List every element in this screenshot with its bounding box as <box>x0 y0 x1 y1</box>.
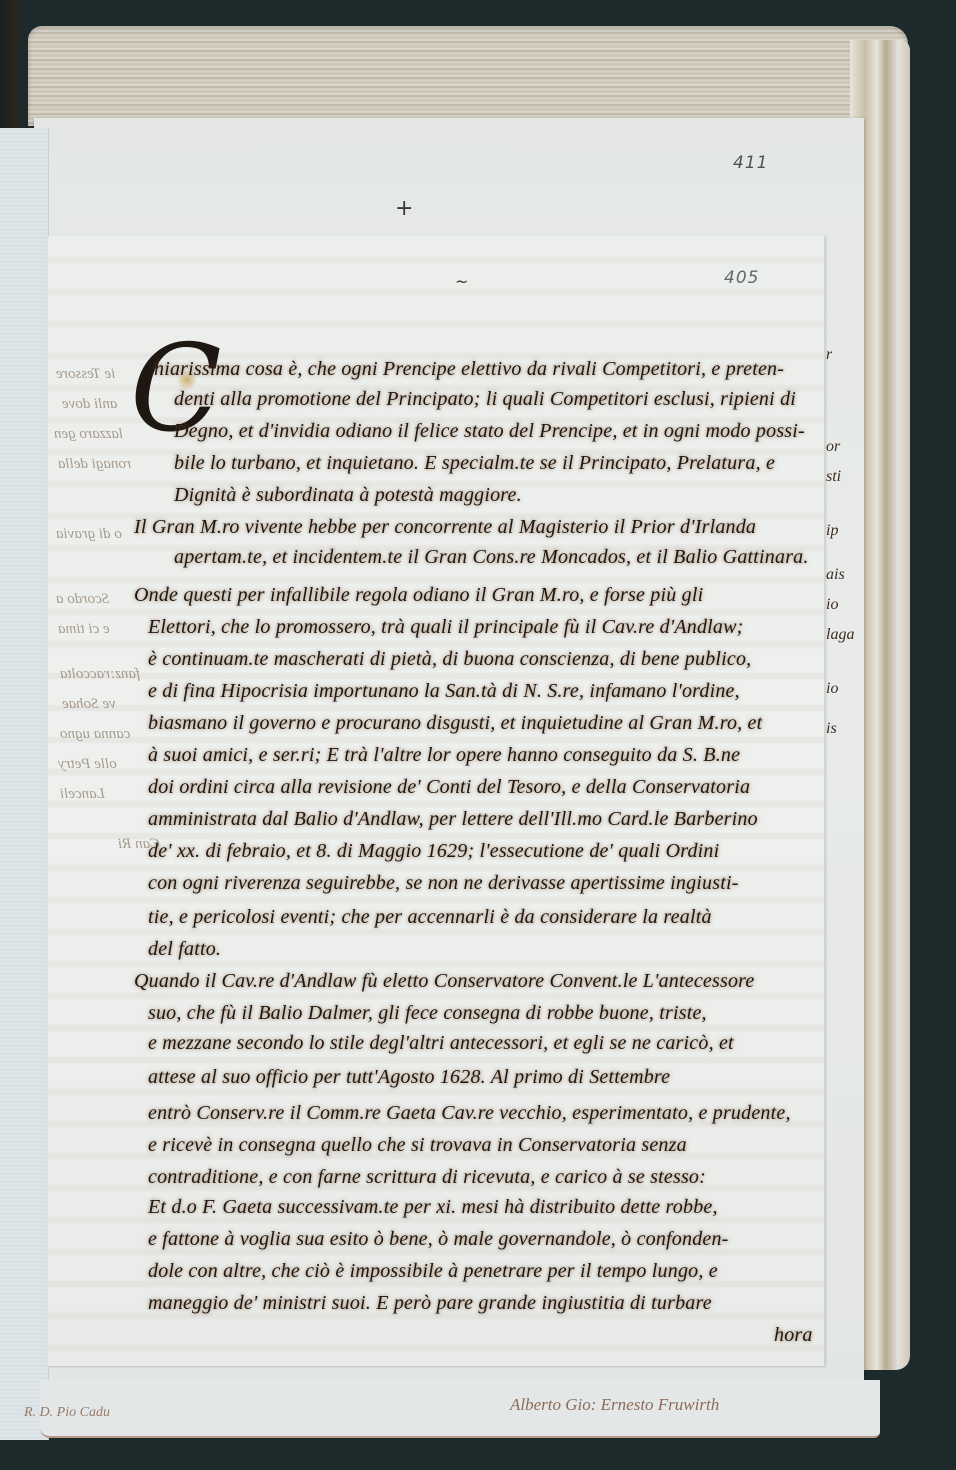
text-line: Et d.o F. Gaeta successivam.te per xi. m… <box>148 1196 718 1219</box>
footer-note-left: R. D. Pio Cadu <box>24 1405 110 1421</box>
small-ink-mark: ~ <box>455 272 468 291</box>
folio-number-top: 411 <box>733 153 768 173</box>
text-line: Quando il Cav.re d'Andlaw fù eletto Cons… <box>134 970 754 993</box>
margin-fragment: sti <box>826 468 841 486</box>
text-line: biasmano il governo e procurano disgusti… <box>148 712 762 735</box>
text-line: e mezzane secondo lo stile degl'altri an… <box>148 1032 734 1055</box>
margin-fragment: r <box>826 346 832 364</box>
ghost-text: fanz:raccolta <box>60 666 140 683</box>
text-line: del fatto. <box>148 938 221 961</box>
text-line: e ricevè in consegna quello che si trova… <box>148 1134 687 1157</box>
text-line: suo, che fù il Balio Dalmer, gli fece co… <box>148 1002 707 1025</box>
text-line: dole con altre, che ciò è impossibile à … <box>148 1260 718 1283</box>
bottom-flap <box>40 1380 880 1438</box>
ghost-text: canna ugno <box>60 726 130 743</box>
folio-number-inner: 405 <box>724 268 759 288</box>
text-line: Il Gran M.ro vivente hebbe per concorren… <box>134 516 756 539</box>
text-line: Elettori, che lo promossero, trà quali i… <box>148 616 744 639</box>
text-line: Dignità è subordinata à potestà maggiore… <box>174 484 522 507</box>
margin-fragment: or <box>826 438 840 456</box>
ghost-text: ve Sohae <box>62 696 116 713</box>
catchword: hora <box>774 1324 813 1347</box>
footer-signature: Alberto Gio: Ernesto Fruwirth <box>510 1395 719 1415</box>
ghost-text: ronagi della <box>58 456 131 473</box>
text-line: Degno, et d'invidia odiano il felice sta… <box>174 420 805 443</box>
margin-fragment: laga <box>826 626 854 644</box>
text-line: à suoi amici, e ser.ri; E trà l'altre lo… <box>148 744 740 767</box>
text-line: è continuam.te mascherati di pietà, di b… <box>148 648 751 671</box>
ghost-text: o di gravia <box>56 526 122 543</box>
text-line: hiarissima cosa è, che ogni Prencipe ele… <box>154 358 784 381</box>
page-stack-edges <box>28 26 908 126</box>
ghost-text: anli dove <box>62 396 117 413</box>
text-line: e di fina Hipocrisia importunano la San.… <box>148 680 740 703</box>
text-line: attese al suo officio per tutt'Agosto 16… <box>148 1066 670 1089</box>
text-line: contraditione, e con farne scrittura di … <box>148 1166 706 1189</box>
ghost-text: e ci tima <box>58 621 110 638</box>
text-line: de' xx. di febraio, et 8. di Maggio 1629… <box>148 840 719 863</box>
left-facing-leaf <box>0 128 49 1440</box>
text-line: tie, e pericolosi eventi; che per accenn… <box>148 906 712 929</box>
cross-mark: + <box>395 196 413 221</box>
ghost-text: Scordo a <box>56 591 109 608</box>
text-line: maneggio de' ministri suoi. E però pare … <box>148 1292 712 1315</box>
ghost-text: lazzaro gen <box>54 426 123 443</box>
text-line: Onde questi per infallibile regola odian… <box>134 584 703 607</box>
text-line: denti alla promotione del Principato; li… <box>174 388 796 411</box>
ghost-text: olle Petry <box>58 756 117 773</box>
ghost-text: Lanceli <box>60 786 105 803</box>
ghost-text: ie Tessore <box>56 366 115 383</box>
text-line: doi ordini circa alla revisione de' Cont… <box>148 776 750 799</box>
text-line: con ogni riverenza seguirebbe, se non ne… <box>148 872 739 895</box>
text-line: bile lo turbano, et inquietano. E specia… <box>174 452 775 475</box>
text-line: amministrata dal Balio d'Andlaw, per let… <box>148 808 758 831</box>
margin-fragment: ip <box>826 522 838 540</box>
margin-fragment: io <box>826 596 838 614</box>
margin-fragment: ais <box>826 566 845 584</box>
text-line: e fattone à voglia sua esito ò bene, ò m… <box>148 1228 729 1251</box>
margin-fragment: io <box>826 680 838 698</box>
text-line: entrò Conserv.re il Comm.re Gaeta Cav.re… <box>148 1102 791 1125</box>
text-line: apertam.te, et incidentem.te il Gran Con… <box>174 546 809 569</box>
margin-fragment: is <box>826 720 837 738</box>
